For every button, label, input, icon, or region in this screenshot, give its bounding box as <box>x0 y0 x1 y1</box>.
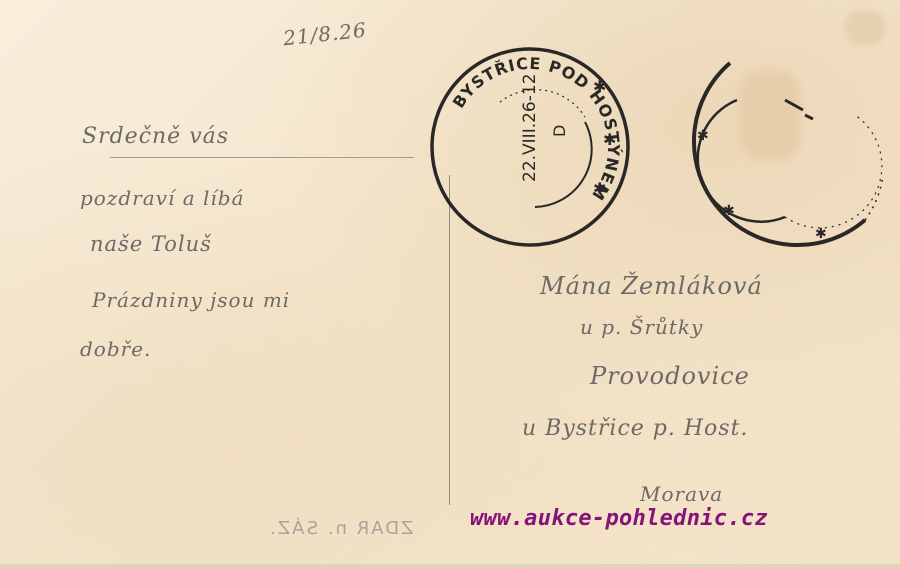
svg-text:✱: ✱ <box>815 226 827 242</box>
postmark-date: 22.VIII.26-12 <box>520 73 540 182</box>
message-line: naše Toluš <box>90 232 212 256</box>
svg-text:✱: ✱ <box>697 128 709 144</box>
date-note: 21/8.26 <box>282 18 368 51</box>
watermark-url: www.aukce-pohlednic.cz <box>470 506 768 531</box>
paper-stain <box>845 10 885 45</box>
address-line-village: Provodovice <box>590 362 750 390</box>
message-line: Prázdniny jsou mi <box>92 288 290 312</box>
card-edge <box>0 564 900 568</box>
svg-text:✱: ✱ <box>593 77 606 96</box>
svg-text:✱: ✱ <box>723 203 735 219</box>
postmark-letter: D <box>550 125 569 137</box>
svg-text:✱: ✱ <box>603 130 616 149</box>
svg-text:✱: ✱ <box>593 179 606 198</box>
postmark-bystrice: BYSTŘICE POD HOSTÝNEM 22.VIII.26-12 D ✱ … <box>425 42 635 252</box>
mirrored-print-text: ZDAR n. SÁZ. <box>268 518 413 539</box>
postcard-back: 21/8.26 Srdečně vás pozdraví a líbá naše… <box>0 0 900 568</box>
message-divider-line <box>110 157 414 158</box>
address-line-region: Morava <box>640 482 723 506</box>
message-line: dobře. <box>80 337 151 361</box>
address-line-care-of: u p. Šrůtky <box>580 315 703 339</box>
message-line: pozdraví a líbá <box>80 186 245 210</box>
postmark-partial: ✱ ✱ ✱ <box>685 55 890 250</box>
address-line-recipient: Mána Žemláková <box>540 272 763 300</box>
message-line: Srdečně vás <box>82 124 229 149</box>
address-line-town: u Bystřice p. Host. <box>522 416 748 441</box>
